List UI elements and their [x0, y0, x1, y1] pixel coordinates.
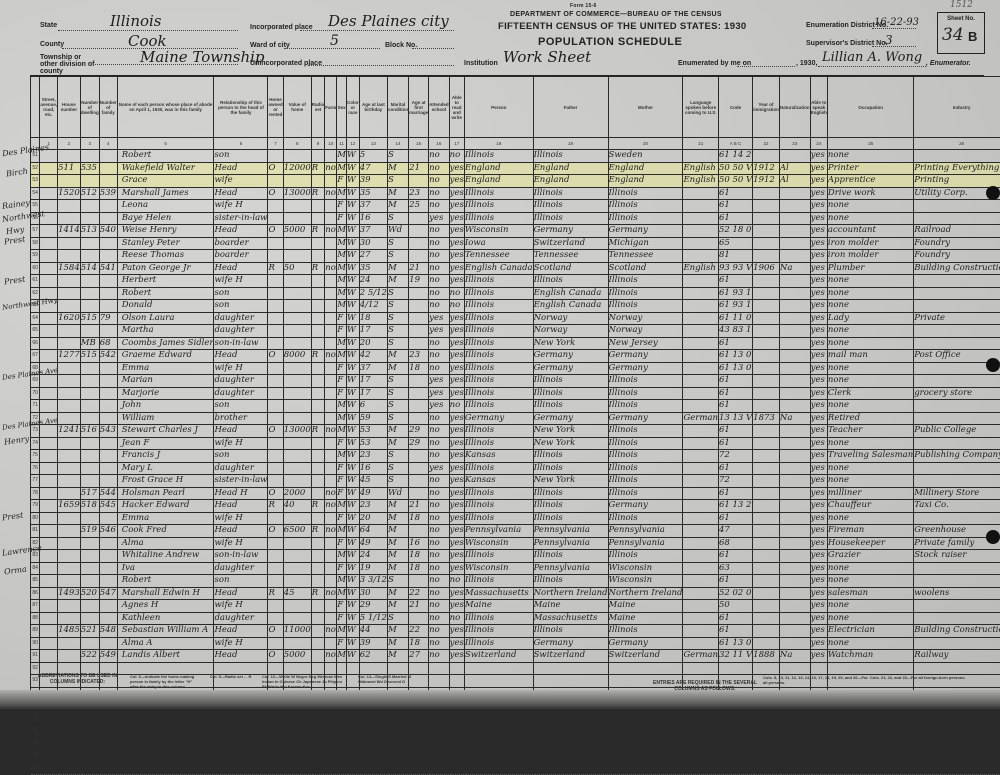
column-number: 7: [268, 138, 283, 150]
code-cell: 61 93 1: [718, 300, 752, 313]
table-row[interactable]: 53GracewifeFW39SnoyesEnglandEnglandEngla…: [31, 175, 1000, 188]
street-cell: [40, 300, 58, 313]
industry-cell: [914, 662, 1000, 675]
naturalization-cell: [779, 200, 810, 213]
industry-cell: Public College: [914, 425, 1000, 438]
sex-cell: M: [337, 575, 347, 588]
english-cell: yes: [810, 162, 827, 175]
dwelling-number-cell: [80, 150, 99, 163]
occupation-cell: Apprentice: [827, 175, 913, 188]
table-row[interactable]: 76Mary LdaughterFW16SyesyesIllinoisIllin…: [31, 462, 1000, 475]
school-cell: no: [429, 200, 450, 213]
line-number: 91: [31, 650, 40, 663]
radio-cell: [311, 212, 325, 225]
radio-cell: R: [311, 162, 325, 175]
industry-cell: [914, 600, 1000, 613]
code-cell: 72: [718, 475, 752, 488]
house-number-cell: 1520: [58, 187, 81, 200]
industry-cell: Private: [914, 312, 1000, 325]
home-owned-cell: O: [268, 487, 283, 500]
sex-cell: M: [337, 275, 347, 288]
immigration-year-cell: [753, 575, 780, 588]
house-number-cell: 1620: [58, 312, 81, 325]
occupation-cell: Plumber: [827, 262, 913, 275]
school-cell: no: [429, 487, 450, 500]
table-row[interactable]: 601584514541Paton George JrHeadR50RnoMW3…: [31, 262, 1000, 275]
table-row[interactable]: 571414513540Weise HenryHeadO5000RnoMW37W…: [31, 225, 1000, 238]
house-number-cell: 1485: [58, 625, 81, 638]
age-cell: 16: [359, 212, 387, 225]
column-header: Color or race: [346, 77, 359, 138]
english-cell: yes: [810, 362, 827, 375]
code-cell: 61 13 2: [718, 500, 752, 513]
marital-cell: S: [387, 300, 408, 313]
table-row[interactable]: 61Herbertwife HMW24M19noyesIllinoisIllin…: [31, 275, 1000, 288]
home-owned-cell: [268, 612, 283, 625]
birthplace-cell: Illinois: [464, 325, 533, 338]
industry-cell: [914, 462, 1000, 475]
dwelling-number-cell: 515: [80, 350, 99, 363]
binder-hole: [986, 358, 1000, 372]
birthplace-cell: [464, 675, 533, 688]
code-cell: 50: [718, 600, 752, 613]
sex-cell: M: [337, 350, 347, 363]
father-birthplace-cell: Tennessee: [533, 250, 608, 263]
farm-cell: [325, 287, 337, 300]
relation-cell: Head: [214, 350, 268, 363]
column-number: 4: [99, 138, 117, 150]
language-cell: [683, 500, 719, 513]
family-number-cell: [99, 212, 117, 225]
column-number: 26: [914, 138, 1000, 150]
school-cell: no: [429, 550, 450, 563]
occupation-cell: none: [827, 212, 913, 225]
radio-cell: [311, 375, 325, 388]
mother-birthplace-cell: Tennessee: [608, 250, 683, 263]
language-cell: English: [683, 162, 719, 175]
family-number-cell: 544: [99, 487, 117, 500]
sheet-number: 34: [942, 25, 964, 45]
father-birthplace-cell: Massachusetts: [533, 612, 608, 625]
column-header: Age at first marriage: [409, 77, 429, 138]
table-row[interactable]: 891485521548Sebastian William AHeadO1100…: [31, 625, 1000, 638]
age-cell: 37: [359, 362, 387, 375]
name-cell: Marshall Edwin H: [117, 587, 214, 600]
column-header: Radio set: [311, 77, 325, 138]
table-row[interactable]: 56Baye Helensister-in-lawFW16SyesyesIlli…: [31, 212, 1000, 225]
line-number: 69: [31, 375, 40, 388]
table-row[interactable]: 81519546Cook FredHeadO6500RnoMW64MnoyesP…: [31, 525, 1000, 538]
sex-cell: F: [337, 362, 347, 375]
table-row[interactable]: 70MarjoriedaughterFW17SyesyesIllinoisIll…: [31, 387, 1000, 400]
margin-note: Prest: [3, 235, 25, 247]
sex-cell: M: [337, 525, 347, 538]
age-cell: 37: [359, 225, 387, 238]
father-birthplace-cell: England: [533, 175, 608, 188]
home-owned-cell: [268, 550, 283, 563]
home-owned-cell: [268, 462, 283, 475]
table-row[interactable]: 62RobertsonMW2 5/12SnonoIllinoisEnglish …: [31, 287, 1000, 300]
naturalization-cell: Al: [779, 175, 810, 188]
table-row[interactable]: 66MB68Coombs James Sidlerson-in-lawMW20S…: [31, 337, 1000, 350]
column-header: House number: [58, 77, 81, 138]
table-row[interactable]: 75Francis JsonMW23SnoyesKansasIllinoisIl…: [31, 450, 1000, 463]
table-row[interactable]: 85RobertsonMW3 3/12SnonoIllinoisIllinois…: [31, 575, 1000, 588]
age-first-marriage-cell: 19: [409, 275, 429, 288]
literacy-cell: yes: [449, 387, 464, 400]
table-row[interactable]: 59Reese ThomasboarderMW27SnoyesTennessee…: [31, 250, 1000, 263]
marital-cell: M: [387, 200, 408, 213]
table-row[interactable]: 861493520547Marshall Edwin HHeadR45RnoMW…: [31, 587, 1000, 600]
state-label: State: [40, 22, 57, 29]
father-birthplace-cell: Germany: [533, 362, 608, 375]
house-number-cell: 1584: [58, 262, 81, 275]
immigration-year-cell: 1912: [753, 175, 780, 188]
father-birthplace-cell: Illinois: [533, 212, 608, 225]
industry-cell: grocery store: [914, 387, 1000, 400]
farm-cell: no: [325, 225, 337, 238]
column-number: 1: [40, 138, 58, 150]
relation-cell: Head: [214, 187, 268, 200]
house-number-cell: [58, 337, 81, 350]
literacy-cell: no: [449, 150, 464, 163]
line-number: 76: [31, 462, 40, 475]
age-first-marriage-cell: [409, 400, 429, 413]
occupation-cell: Watchman: [827, 650, 913, 663]
name-cell: Alma A: [117, 637, 214, 650]
birthplace-cell: Illinois: [464, 612, 533, 625]
naturalization-cell: [779, 150, 810, 163]
marital-cell: S: [387, 450, 408, 463]
industry-cell: woolens: [914, 587, 1000, 600]
table-row[interactable]: 9292: [31, 662, 1000, 675]
language-cell: [683, 512, 719, 525]
table-row[interactable]: 64162051579Olson LauradaughterFW18Syesye…: [31, 312, 1000, 325]
street-cell: [40, 312, 58, 325]
column-number-row: 123456789101112131415161718192021A B C22…: [31, 138, 1000, 150]
race-cell: W: [346, 200, 359, 213]
table-row[interactable]: 791659518545Hacker EdwardHeadR40RnoMW23M…: [31, 500, 1000, 513]
home-owned-cell: [268, 600, 283, 613]
family-number-cell: [99, 325, 117, 338]
father-birthplace-cell: Pennsylvania: [533, 537, 608, 550]
code-cell: 61: [718, 400, 752, 413]
relation-cell: wife: [214, 175, 268, 188]
line-number: 52: [31, 162, 40, 175]
street-cell: [40, 362, 58, 375]
naturalization-cell: [779, 662, 810, 675]
age-cell: 35: [359, 262, 387, 275]
race-cell: W: [346, 562, 359, 575]
age-first-marriage-cell: 18: [409, 562, 429, 575]
table-row[interactable]: 71JohnsonMW6SyesnoIllinoisIllinoisIllino…: [31, 400, 1000, 413]
relation-cell: son: [214, 400, 268, 413]
street-cell: [40, 625, 58, 638]
home-value-cell: [283, 600, 311, 613]
home-owned-cell: [268, 237, 283, 250]
column-number: 3: [80, 138, 99, 150]
literacy-cell: yes: [449, 475, 464, 488]
farm-cell: no: [325, 650, 337, 663]
family-number-cell: [99, 300, 117, 313]
table-row[interactable]: 87Agnes Hwife HFW29M21noyesMaineMaineMai…: [31, 600, 1000, 613]
code-cell: 61 14 2: [718, 150, 752, 163]
language-cell: [683, 225, 719, 238]
column-number: 2: [58, 138, 81, 150]
code-cell: 32 11 V: [718, 650, 752, 663]
relation-cell: daughter: [214, 387, 268, 400]
age-cell: 17: [359, 387, 387, 400]
race-cell: W: [346, 462, 359, 475]
table-row[interactable]: 541520512539Marshall JamesHeadO13000RnoM…: [31, 187, 1000, 200]
code-cell: 61: [718, 550, 752, 563]
code-cell: 52 18 0: [718, 225, 752, 238]
radio-cell: [311, 575, 325, 588]
father-birthplace-cell: Scotland: [533, 262, 608, 275]
birthplace-cell: Illinois: [464, 487, 533, 500]
english-cell: yes: [810, 512, 827, 525]
code-cell: 61: [718, 337, 752, 350]
code-cell: 61: [718, 425, 752, 438]
ward-value: 5: [330, 33, 339, 49]
street-cell: [40, 375, 58, 388]
column-number: A B C: [718, 138, 752, 150]
table-row[interactable]: 88KathleendaughterFW5 1/12SnonoIllinoisM…: [31, 612, 1000, 625]
marital-cell: S: [387, 250, 408, 263]
dwelling-number-cell: [80, 512, 99, 525]
code-cell: 61: [718, 462, 752, 475]
sex-cell: M: [337, 412, 347, 425]
naturalization-cell: [779, 387, 810, 400]
school-cell: no: [429, 425, 450, 438]
race-cell: W: [346, 300, 359, 313]
marital-cell: S: [387, 462, 408, 475]
language-cell: [683, 312, 719, 325]
birthplace-cell: Illinois: [464, 512, 533, 525]
english-cell: yes: [810, 600, 827, 613]
industry-cell: [914, 200, 1000, 213]
age-cell: 35: [359, 187, 387, 200]
dwelling-number-cell: 518: [80, 500, 99, 513]
father-birthplace-cell: English Canada: [533, 300, 608, 313]
name-cell: Reese Thomas: [117, 250, 214, 263]
home-owned-cell: [268, 575, 283, 588]
table-row[interactable]: 82Almawife HFW49M16noyesWisconsinPennsyl…: [31, 537, 1000, 550]
schedule-title: POPULATION SCHEDULE: [538, 36, 682, 48]
language-cell: [683, 575, 719, 588]
house-number-cell: [58, 487, 81, 500]
home-value-cell: [283, 612, 311, 625]
table-row[interactable]: 68Emmawife HFW37M18noyesIllinoisGermanyG…: [31, 362, 1000, 375]
family-number-cell: [99, 412, 117, 425]
house-number-cell: [58, 437, 81, 450]
home-value-cell: [283, 175, 311, 188]
column-header: Able to speak English: [810, 77, 827, 138]
naturalization-cell: [779, 600, 810, 613]
house-number-cell: [58, 150, 81, 163]
industry-cell: [914, 212, 1000, 225]
immigration-year-cell: [753, 325, 780, 338]
table-row[interactable]: 90Alma Awife HFW39M18noyesIllinoisGerman…: [31, 637, 1000, 650]
table-row[interactable]: 69MariandaughterFW17SyesyesIllinoisIllin…: [31, 375, 1000, 388]
english-cell: yes: [810, 575, 827, 588]
enumerated-year: , 1930,: [796, 60, 817, 67]
school-cell: yes: [429, 462, 450, 475]
dwelling-number-cell: [80, 275, 99, 288]
radio-cell: R: [311, 425, 325, 438]
name-cell: Jean F: [117, 437, 214, 450]
literacy-cell: yes: [449, 600, 464, 613]
column-header: Name of each person whose place of abode…: [117, 77, 214, 138]
marital-cell: M: [387, 512, 408, 525]
table-row[interactable]: 65MarthadaughterFW17SyesyesIllinoisNorwa…: [31, 325, 1000, 338]
occupation-cell: none: [827, 275, 913, 288]
mother-birthplace-cell: Illinois: [608, 512, 683, 525]
naturalization-cell: [779, 400, 810, 413]
radio-cell: R: [311, 262, 325, 275]
abbrev-title: ABBREVIATIONS TO BE USED IN COLUMNS INDI…: [30, 673, 125, 685]
school-cell: no: [429, 362, 450, 375]
table-row[interactable]: 74Jean Fwife HFW53M29noyesIllinoisNew Yo…: [31, 437, 1000, 450]
naturalization-cell: [779, 250, 810, 263]
father-birthplace-cell: Germany: [533, 225, 608, 238]
line-number: 70: [31, 387, 40, 400]
table-row[interactable]: 52511535Wakefield WalterHeadO12000RnoMW4…: [31, 162, 1000, 175]
naturalization-cell: [779, 362, 810, 375]
table-row[interactable]: 72WilliambrotherMW59SnoyesGermanyGermany…: [31, 412, 1000, 425]
immigration-year-cell: [753, 312, 780, 325]
literacy-cell: no: [449, 287, 464, 300]
line-number: 68: [31, 362, 40, 375]
table-row[interactable]: 83Whitaline Andrewson-in-lawMW24M18noyes…: [31, 550, 1000, 563]
school-cell: [429, 662, 450, 675]
sex-cell: M: [337, 187, 347, 200]
immigration-year-cell: [753, 200, 780, 213]
mother-birthplace-cell: Illinois: [608, 450, 683, 463]
home-owned-cell: R: [268, 500, 283, 513]
mother-birthplace-cell: Illinois: [608, 387, 683, 400]
mother-birthplace-cell: Wisconsin: [608, 575, 683, 588]
farm-cell: no: [325, 587, 337, 600]
literacy-cell: yes: [449, 337, 464, 350]
column-header: Mother: [608, 77, 683, 138]
occupation-cell: Electrician: [827, 625, 913, 638]
house-number-cell: [58, 600, 81, 613]
dwelling-number-cell: [80, 387, 99, 400]
binder-hole: [986, 530, 1000, 544]
age-cell: 19: [359, 562, 387, 575]
table-row[interactable]: 55Leonawife HFW37M25noyesIllinoisIllinoi…: [31, 200, 1000, 213]
radio-cell: [311, 612, 325, 625]
farm-cell: no: [325, 350, 337, 363]
dwelling-number-cell: [80, 550, 99, 563]
column-number: 23: [779, 138, 810, 150]
literacy-cell: yes: [449, 262, 464, 275]
mother-birthplace-cell: Illinois: [608, 187, 683, 200]
occupation-cell: [827, 662, 913, 675]
farm-cell: no: [325, 625, 337, 638]
mother-birthplace-cell: Germany: [608, 637, 683, 650]
relation-cell: wife H: [214, 600, 268, 613]
house-number-cell: [58, 575, 81, 588]
line-number: 85: [31, 575, 40, 588]
table-row[interactable]: 91522549Landis AlbertHeadO5000noMW62M27n…: [31, 650, 1000, 663]
farm-cell: [325, 300, 337, 313]
occupation-cell: Retired: [827, 412, 913, 425]
sex-cell: M: [337, 650, 347, 663]
name-cell: Marshall James: [117, 187, 214, 200]
department-title: DEPARTMENT OF COMMERCE—BUREAU OF THE CEN…: [510, 11, 722, 18]
naturalization-cell: [779, 537, 810, 550]
race-cell: W: [346, 375, 359, 388]
table-row[interactable]: 78517544Holsman PearlHead HO2000noFW49Wd…: [31, 487, 1000, 500]
name-cell: Landis Albert: [117, 650, 214, 663]
column-header: Able to read and write: [449, 77, 464, 138]
home-owned-cell: O: [268, 525, 283, 538]
dwelling-number-cell: [80, 250, 99, 263]
sex-cell: M: [337, 225, 347, 238]
table-row[interactable]: 731241516543Stewart Charles JHeadO13000R…: [31, 425, 1000, 438]
english-cell: yes: [810, 412, 827, 425]
table-row[interactable]: 80Emmawife HFW20M18noyesIllinoisIllinois…: [31, 512, 1000, 525]
literacy-cell: yes: [449, 437, 464, 450]
birthplace-cell: Iowa: [464, 237, 533, 250]
home-value-cell: [283, 387, 311, 400]
immigration-year-cell: [753, 350, 780, 363]
radio-cell: [311, 662, 325, 675]
race-cell: W: [346, 487, 359, 500]
english-cell: yes: [810, 525, 827, 538]
table-row[interactable]: 84IvadaughterFW19M18noyesWisconsinPennsy…: [31, 562, 1000, 575]
home-value-cell: 8000: [283, 350, 311, 363]
father-birthplace-cell: Germany: [533, 637, 608, 650]
code-cell: 81: [718, 250, 752, 263]
table-row[interactable]: 51RobertsonMW5SnonoIllinoisIllinoisSwede…: [31, 150, 1000, 163]
literacy-cell: yes: [449, 312, 464, 325]
line-number: 51: [31, 150, 40, 163]
immigration-year-cell: [753, 287, 780, 300]
table-row[interactable]: 58Stanley PeterboarderMW30SnoyesIowaSwit…: [31, 237, 1000, 250]
table-row[interactable]: 63DonaldsonMW4/12SnonoIllinoisEnglish Ca…: [31, 300, 1000, 313]
name-cell: Leona: [117, 200, 214, 213]
table-row[interactable]: 671277515542Graeme EdwardHeadO8000RnoMW4…: [31, 350, 1000, 363]
industry-cell: [914, 287, 1000, 300]
name-cell: Hacker Edward: [117, 500, 214, 513]
radio-cell: [311, 600, 325, 613]
school-cell: no: [429, 625, 450, 638]
naturalization-cell: [779, 225, 810, 238]
table-row[interactable]: 77Frost Grace Hsister-in-lawFW45SnoyesKa…: [31, 475, 1000, 488]
age-first-marriage-cell: [409, 212, 429, 225]
code-cell: 68: [718, 537, 752, 550]
line-number: 56: [31, 212, 40, 225]
birthplace-cell: Illinois: [464, 575, 533, 588]
street-cell: [40, 537, 58, 550]
immigration-year-cell: [753, 187, 780, 200]
naturalization-cell: [779, 475, 810, 488]
marital-cell: M: [387, 525, 408, 538]
relation-cell: Head: [214, 587, 268, 600]
dwelling-number-cell: 514: [80, 262, 99, 275]
marital-cell: M: [387, 587, 408, 600]
age-cell: 4/12: [359, 300, 387, 313]
marital-cell: [387, 662, 408, 675]
sex-cell: [337, 662, 347, 675]
age-first-marriage-cell: [409, 450, 429, 463]
mother-birthplace-cell: Illinois: [608, 200, 683, 213]
immigration-year-cell: [753, 475, 780, 488]
birthplace-cell: [464, 662, 533, 675]
